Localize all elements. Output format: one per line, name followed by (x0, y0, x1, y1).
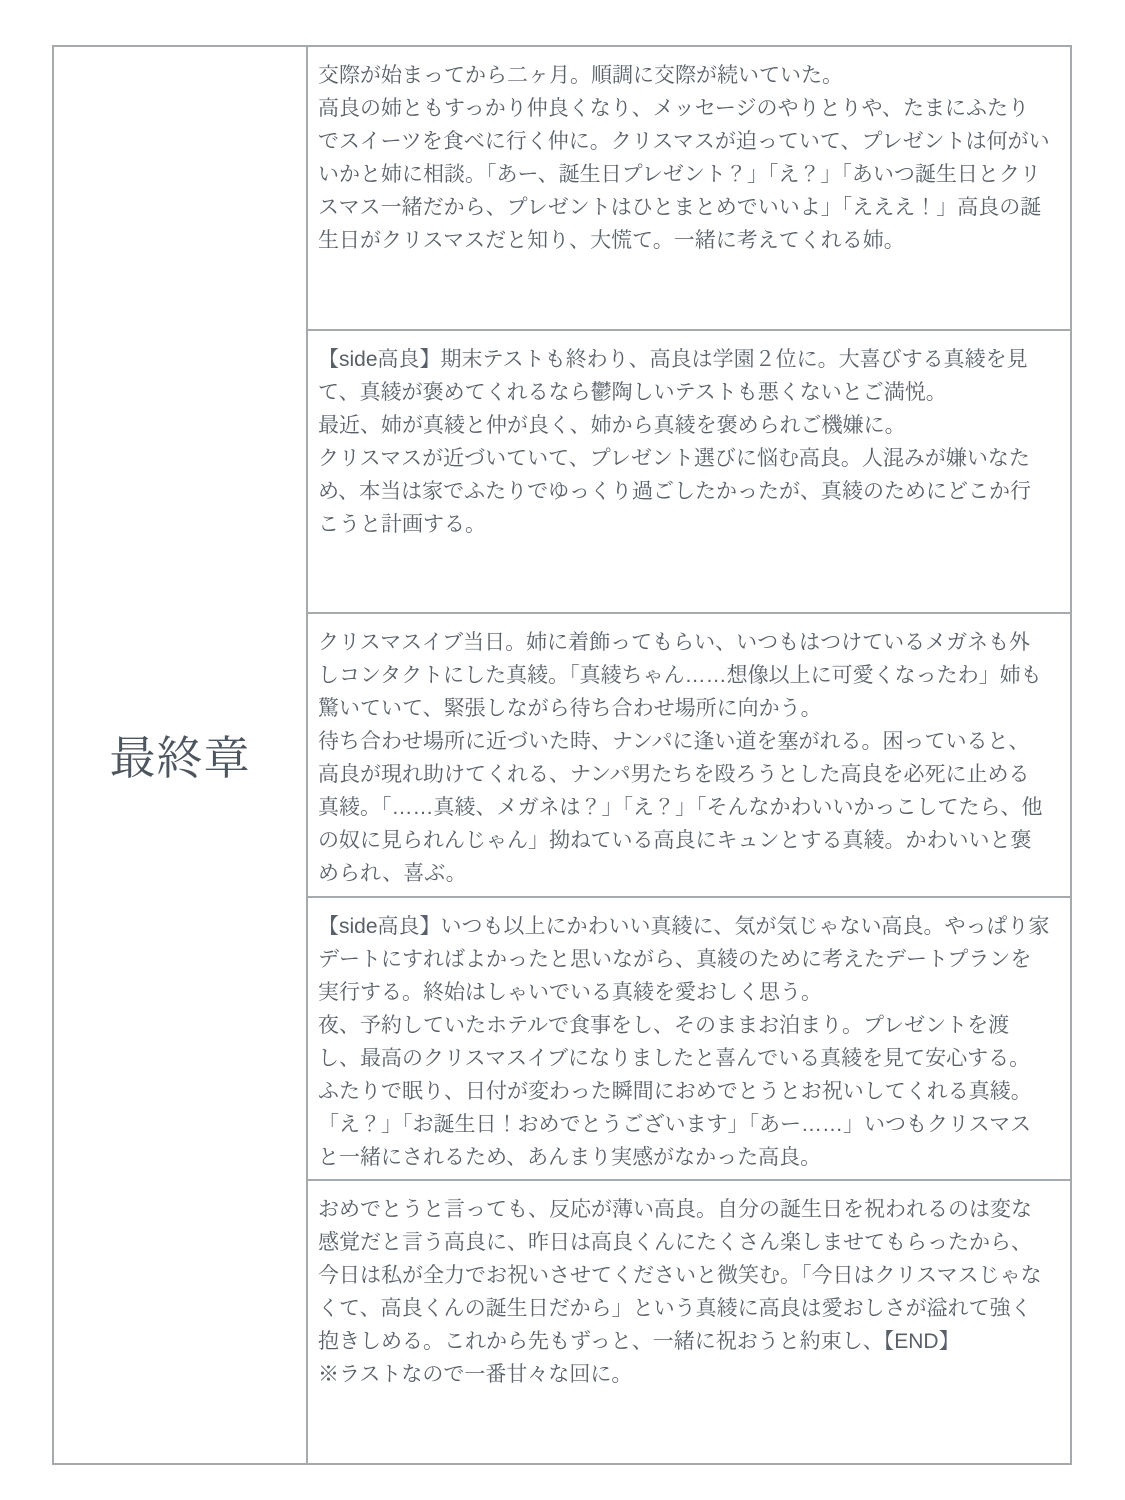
chapter-title: 最終章 (110, 722, 251, 788)
scene-row-4: 【side高良】いつも以上にかわいい真綾に、気が気じゃない高良。やっぱり家デート… (308, 898, 1070, 1182)
scene-row-2-text: 【side高良】期末テストも終わり、高良は学園２位に。大喜びする真綾を見て、真綾… (318, 343, 1050, 541)
scene-row-1-text: 交際が始まってから二ヶ月。順調に交際が続いていた。 高良の姉ともすっかり仲良くな… (318, 59, 1050, 257)
chapter-scenario-table: 最終章 交際が始まってから二ヶ月。順調に交際が続いていた。 高良の姉ともすっかり… (52, 45, 1072, 1465)
scene-row-5: おめでとうと言っても、反応が薄い高良。自分の誕生日を祝われるのは変な感覚だと言う… (308, 1181, 1070, 1463)
scene-row-1: 交際が始まってから二ヶ月。順調に交際が続いていた。 高良の姉ともすっかり仲良くな… (308, 47, 1070, 331)
scene-row-4-text: 【side高良】いつも以上にかわいい真綾に、気が気じゃない高良。やっぱり家デート… (318, 910, 1050, 1174)
scene-row-5-text: おめでとうと言っても、反応が薄い高良。自分の誕生日を祝われるのは変な感覚だと言う… (318, 1193, 1050, 1391)
scene-row-3: クリスマスイブ当日。姉に着飾ってもらい、いつもはつけているメガネも外しコンタクト… (308, 614, 1070, 898)
scene-rows: 交際が始まってから二ヶ月。順調に交際が続いていた。 高良の姉ともすっかり仲良くな… (308, 47, 1070, 1463)
chapter-cell: 最終章 (54, 47, 308, 1463)
scene-row-2: 【side高良】期末テストも終わり、高良は学園２位に。大喜びする真綾を見て、真綾… (308, 331, 1070, 615)
scene-row-3-text: クリスマスイブ当日。姉に着飾ってもらい、いつもはつけているメガネも外しコンタクト… (318, 626, 1050, 890)
document-page: 最終章 交際が始まってから二ヶ月。順調に交際が続いていた。 高良の姉ともすっかり… (0, 0, 1125, 1500)
